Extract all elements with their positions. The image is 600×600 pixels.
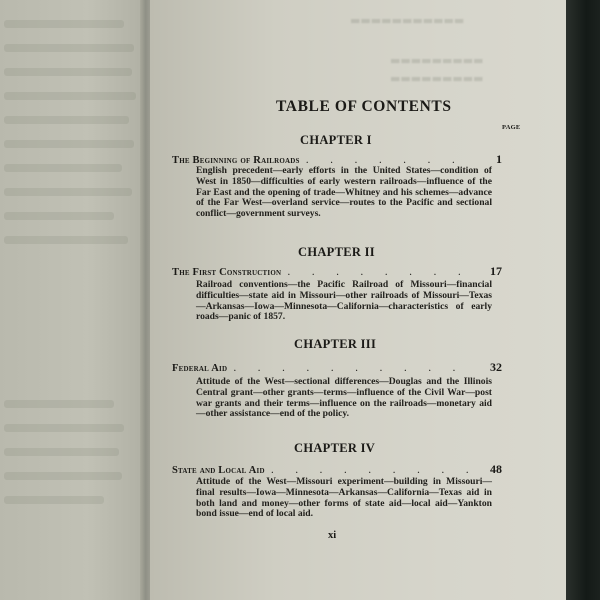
faded-text-line (4, 212, 114, 220)
faded-text-line (4, 44, 134, 52)
page-title: TABLE OF CONTENTS (276, 98, 452, 116)
right-page-toc: ▬▬▬▬▬▬▬▬▬▬▬ ▬▬▬▬▬▬▬▬▬ ▬▬▬▬▬▬▬▬▬ TABLE OF… (150, 0, 568, 600)
faded-text-line (4, 92, 136, 100)
chapter-heading: CHAPTER IV (294, 441, 375, 456)
page-number: 17 (480, 264, 502, 279)
chapter-summary: Attitude of the West—Missouri experiment… (196, 477, 492, 520)
chapter-summary: Railroad conventions—the Pacific Railroa… (196, 280, 492, 323)
toc-entry[interactable]: The Beginning of Railroads . . . . . . .… (172, 152, 502, 166)
faded-text-line (4, 424, 124, 432)
chapter-title: The First Construction (172, 267, 281, 278)
chapter-summary: English precedent—early efforts in the U… (196, 166, 492, 220)
faded-text-line (4, 116, 129, 124)
faded-text-line (4, 164, 122, 172)
toc-entry[interactable]: Federal Aid . . . . . . . . . . . . . . … (172, 360, 502, 374)
page-folio: xi (328, 530, 336, 541)
chapter-heading: CHAPTER I (300, 133, 372, 148)
faded-text-line (4, 188, 132, 196)
faded-text-line (4, 140, 134, 148)
faded-text-line (4, 472, 122, 480)
page-number: 48 (480, 462, 502, 477)
left-page-facing (0, 0, 146, 600)
book-cover-edge (566, 0, 600, 600)
dot-leader: . . . . . . . . . . . . . . . (233, 363, 474, 374)
faded-text-line (4, 20, 124, 28)
faded-text-line (4, 400, 114, 408)
faded-text-line (4, 448, 119, 456)
toc-entry[interactable]: The First Construction . . . . . . . . .… (172, 264, 502, 278)
chapter-heading: CHAPTER II (298, 245, 375, 260)
dot-leader: . . . . . . . . . . (287, 267, 474, 278)
toc-entry[interactable]: State and Local Aid . . . . . . . . . . … (172, 462, 502, 476)
faded-text-line (4, 236, 128, 244)
bleed-through-text: ▬▬▬▬▬▬▬▬▬ (390, 54, 484, 67)
faded-text-line (4, 496, 104, 504)
chapter-heading: CHAPTER III (294, 337, 376, 352)
chapter-title: Federal Aid (172, 363, 227, 374)
bleed-through-text: ▬▬▬▬▬▬▬▬▬▬▬ (350, 14, 464, 27)
chapter-summary: Attitude of the West—sectional differenc… (196, 377, 492, 420)
dot-leader: . . . . . . . . . . . . (271, 465, 474, 476)
page-column-label: PAGE (502, 124, 520, 131)
faded-text-line (4, 68, 132, 76)
bleed-through-text: ▬▬▬▬▬▬▬▬▬ (390, 72, 484, 85)
chapter-title: State and Local Aid (172, 465, 265, 476)
page-number: 32 (480, 360, 502, 375)
photo-scene: ▬▬▬▬▬▬▬▬▬▬▬ ▬▬▬▬▬▬▬▬▬ ▬▬▬▬▬▬▬▬▬ TABLE OF… (0, 0, 600, 600)
